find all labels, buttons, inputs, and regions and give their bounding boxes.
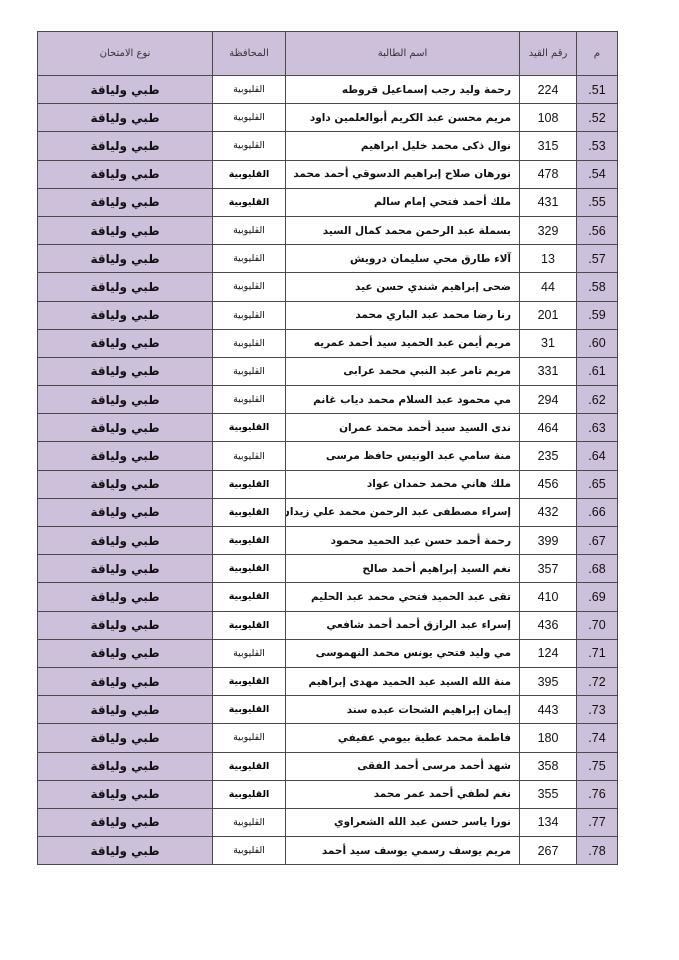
governorate-cell: القليوبية <box>213 808 286 836</box>
table-row: طبي ولياقة القليوبية إسراء مصطفى عبد الر… <box>38 498 618 526</box>
exam-type-cell: طبي ولياقة <box>38 498 213 526</box>
registration-no-cell: 13 <box>520 245 577 273</box>
student-name-cell: شهد أحمد مرسى أحمد الفقى <box>286 752 520 780</box>
exam-type-cell: طبي ولياقة <box>38 414 213 442</box>
governorate-cell: القليوبية <box>213 188 286 216</box>
student-name-cell: بسملة عبد الرحمن محمد كمال السيد <box>286 216 520 244</box>
header-index: م <box>577 32 618 76</box>
table-row: طبي ولياقة القليوبية فاطمة محمد عطية بيو… <box>38 724 618 752</box>
student-name-cell: مريم تامر عبد النبي محمد عرابى <box>286 357 520 385</box>
governorate-cell: القليوبية <box>213 216 286 244</box>
registration-no-cell: 124 <box>520 639 577 667</box>
governorate-cell: القليوبية <box>213 76 286 104</box>
registration-no-cell: 410 <box>520 583 577 611</box>
table-header-row: نوع الامتحان المحافظة اسم الطالبة رقم ال… <box>38 32 618 76</box>
table-row: طبي ولياقة القليوبية نغم لطفي أحمد عمر م… <box>38 780 618 808</box>
governorate-cell: القليوبية <box>213 160 286 188</box>
student-name-cell: منة سامي عبد الونيس حافظ مرسى <box>286 442 520 470</box>
registration-no-cell: 358 <box>520 752 577 780</box>
row-index-cell: .71 <box>577 639 618 667</box>
table-row: طبي ولياقة القليوبية ملك هاني محمد حمدان… <box>38 470 618 498</box>
registration-no-cell: 331 <box>520 357 577 385</box>
governorate-cell: القليوبية <box>213 414 286 442</box>
table-row: طبي ولياقة القليوبية مريم محسن عبد الكري… <box>38 104 618 132</box>
row-index-cell: .72 <box>577 667 618 695</box>
exam-type-cell: طبي ولياقة <box>38 329 213 357</box>
exam-type-cell: طبي ولياقة <box>38 696 213 724</box>
student-name-cell: ملك هاني محمد حمدان عواد <box>286 470 520 498</box>
exam-type-cell: طبي ولياقة <box>38 667 213 695</box>
student-name-cell: مريم محسن عبد الكريم أبوالعلمين داود <box>286 104 520 132</box>
governorate-cell: القليوبية <box>213 357 286 385</box>
registration-no-cell: 108 <box>520 104 577 132</box>
table-row: طبي ولياقة القليوبية رحمة أحمد حسن عبد ا… <box>38 527 618 555</box>
governorate-cell: القليوبية <box>213 442 286 470</box>
student-name-cell: نغم لطفي أحمد عمر محمد <box>286 780 520 808</box>
table-row: طبي ولياقة القليوبية رحمة وليد رجب إسماع… <box>38 76 618 104</box>
row-index-cell: .76 <box>577 780 618 808</box>
table-row: طبي ولياقة القليوبية إيمان إبراهيم الشحا… <box>38 696 618 724</box>
student-name-cell: رحمة وليد رجب إسماعيل قروطه <box>286 76 520 104</box>
student-name-cell: ملك أحمد فتحي إمام سالم <box>286 188 520 216</box>
registration-no-cell: 431 <box>520 188 577 216</box>
header-governorate: المحافظة <box>213 32 286 76</box>
governorate-cell: القليوبية <box>213 837 286 865</box>
student-name-cell: رحمة أحمد حسن عبد الحميد محمود <box>286 527 520 555</box>
header-exam-type: نوع الامتحان <box>38 32 213 76</box>
governorate-cell: القليوبية <box>213 780 286 808</box>
registration-no-cell: 315 <box>520 132 577 160</box>
exam-type-cell: طبي ولياقة <box>38 301 213 329</box>
row-index-cell: .53 <box>577 132 618 160</box>
table-row: طبي ولياقة القليوبية مريم تامر عبد النبي… <box>38 357 618 385</box>
student-name-cell: إيمان إبراهيم الشحات عبده سند <box>286 696 520 724</box>
governorate-cell: القليوبية <box>213 301 286 329</box>
governorate-cell: القليوبية <box>213 386 286 414</box>
registration-no-cell: 329 <box>520 216 577 244</box>
row-index-cell: .78 <box>577 837 618 865</box>
row-index-cell: .73 <box>577 696 618 724</box>
exam-type-cell: طبي ولياقة <box>38 470 213 498</box>
student-roster-table: نوع الامتحان المحافظة اسم الطالبة رقم ال… <box>37 31 618 865</box>
table-row: طبي ولياقة القليوبية آلاء طارق محي سليما… <box>38 245 618 273</box>
row-index-cell: .75 <box>577 752 618 780</box>
row-index-cell: .66 <box>577 498 618 526</box>
governorate-cell: القليوبية <box>213 752 286 780</box>
governorate-cell: القليوبية <box>213 104 286 132</box>
registration-no-cell: 294 <box>520 386 577 414</box>
row-index-cell: .55 <box>577 188 618 216</box>
student-name-cell: نوال ذكى محمد خليل ابراهيم <box>286 132 520 160</box>
exam-type-cell: طبي ولياقة <box>38 188 213 216</box>
row-index-cell: .70 <box>577 611 618 639</box>
student-name-cell: مريم يوسف رسمي يوسف سيد أحمد <box>286 837 520 865</box>
row-index-cell: .65 <box>577 470 618 498</box>
student-name-cell: إسراء مصطفى عبد الرحمن محمد علي زيدان <box>286 498 520 526</box>
table-row: طبي ولياقة القليوبية ضحى إبراهيم شندي حس… <box>38 273 618 301</box>
registration-no-cell: 44 <box>520 273 577 301</box>
table-row: طبي ولياقة القليوبية شهد أحمد مرسى أحمد … <box>38 752 618 780</box>
exam-type-cell: طبي ولياقة <box>38 752 213 780</box>
registration-no-cell: 267 <box>520 837 577 865</box>
student-name-cell: آلاء طارق محي سليمان درويش <box>286 245 520 273</box>
exam-type-cell: طبي ولياقة <box>38 611 213 639</box>
student-name-cell: نورا ياسر حسن عبد الله الشعراوي <box>286 808 520 836</box>
table-row: طبي ولياقة القليوبية إسراء عبد الرازق أح… <box>38 611 618 639</box>
governorate-cell: القليوبية <box>213 329 286 357</box>
table-row: طبي ولياقة القليوبية مي وليد فتحي يونس م… <box>38 639 618 667</box>
exam-type-cell: طبي ولياقة <box>38 724 213 752</box>
exam-type-cell: طبي ولياقة <box>38 442 213 470</box>
student-name-cell: مي وليد فتحي يونس محمد النهموسى <box>286 639 520 667</box>
governorate-cell: القليوبية <box>213 696 286 724</box>
table-row: طبي ولياقة القليوبية مريم أيمن عبد الحمي… <box>38 329 618 357</box>
student-name-cell: نورهان صلاح إبراهيم الدسوقي أحمد محمد <box>286 160 520 188</box>
table-row: طبي ولياقة القليوبية ملك أحمد فتحي إمام … <box>38 188 618 216</box>
exam-type-cell: طبي ولياقة <box>38 837 213 865</box>
row-index-cell: .59 <box>577 301 618 329</box>
governorate-cell: القليوبية <box>213 667 286 695</box>
exam-type-cell: طبي ولياقة <box>38 386 213 414</box>
row-index-cell: .60 <box>577 329 618 357</box>
exam-type-cell: طبي ولياقة <box>38 555 213 583</box>
table-row: طبي ولياقة القليوبية نورا ياسر حسن عبد ا… <box>38 808 618 836</box>
exam-type-cell: طبي ولياقة <box>38 808 213 836</box>
table-row: طبي ولياقة القليوبية نوال ذكى محمد خليل … <box>38 132 618 160</box>
exam-type-cell: طبي ولياقة <box>38 245 213 273</box>
student-name-cell: مريم أيمن عبد الحميد سيد أحمد عمريه <box>286 329 520 357</box>
row-index-cell: .56 <box>577 216 618 244</box>
exam-type-cell: طبي ولياقة <box>38 76 213 104</box>
table-row: طبي ولياقة القليوبية نورهان صلاح إبراهيم… <box>38 160 618 188</box>
registration-no-cell: 180 <box>520 724 577 752</box>
registration-no-cell: 201 <box>520 301 577 329</box>
row-index-cell: .68 <box>577 555 618 583</box>
row-index-cell: .63 <box>577 414 618 442</box>
table-row: طبي ولياقة القليوبية مي محمود عبد السلام… <box>38 386 618 414</box>
registration-no-cell: 464 <box>520 414 577 442</box>
row-index-cell: .64 <box>577 442 618 470</box>
governorate-cell: القليوبية <box>213 583 286 611</box>
row-index-cell: .62 <box>577 386 618 414</box>
student-name-cell: منة الله السيد عبد الحميد مهدى إبراهيم <box>286 667 520 695</box>
registration-no-cell: 31 <box>520 329 577 357</box>
header-registration-no: رقم القيد <box>520 32 577 76</box>
registration-no-cell: 235 <box>520 442 577 470</box>
exam-type-cell: طبي ولياقة <box>38 780 213 808</box>
exam-type-cell: طبي ولياقة <box>38 273 213 301</box>
row-index-cell: .69 <box>577 583 618 611</box>
governorate-cell: القليوبية <box>213 132 286 160</box>
table-row: طبي ولياقة القليوبية منة سامي عبد الونيس… <box>38 442 618 470</box>
student-name-cell: رنا رضا محمد عبد الباري محمد <box>286 301 520 329</box>
governorate-cell: القليوبية <box>213 639 286 667</box>
student-name-cell: فاطمة محمد عطية بيومي عفيفي <box>286 724 520 752</box>
student-name-cell: ضحى إبراهيم شندي حسن عيد <box>286 273 520 301</box>
row-index-cell: .77 <box>577 808 618 836</box>
student-name-cell: تقى عبد الحميد فتحي محمد عبد الحليم <box>286 583 520 611</box>
table-row: طبي ولياقة القليوبية بسملة عبد الرحمن مح… <box>38 216 618 244</box>
governorate-cell: القليوبية <box>213 470 286 498</box>
registration-no-cell: 443 <box>520 696 577 724</box>
exam-type-cell: طبي ولياقة <box>38 104 213 132</box>
table-row: طبي ولياقة القليوبية رنا رضا محمد عبد ال… <box>38 301 618 329</box>
header-student-name: اسم الطالبة <box>286 32 520 76</box>
table-row: طبي ولياقة القليوبية مريم يوسف رسمي يوسف… <box>38 837 618 865</box>
table-row: طبي ولياقة القليوبية نغم السيد إبراهيم أ… <box>38 555 618 583</box>
row-index-cell: .57 <box>577 245 618 273</box>
governorate-cell: القليوبية <box>213 555 286 583</box>
exam-type-cell: طبي ولياقة <box>38 357 213 385</box>
table-row: طبي ولياقة القليوبية ندى السيد سيد أحمد … <box>38 414 618 442</box>
row-index-cell: .67 <box>577 527 618 555</box>
student-name-cell: مي محمود عبد السلام محمد دياب غانم <box>286 386 520 414</box>
exam-type-cell: طبي ولياقة <box>38 583 213 611</box>
row-index-cell: .61 <box>577 357 618 385</box>
registration-no-cell: 399 <box>520 527 577 555</box>
governorate-cell: القليوبية <box>213 498 286 526</box>
registration-no-cell: 224 <box>520 76 577 104</box>
row-index-cell: .54 <box>577 160 618 188</box>
registration-no-cell: 395 <box>520 667 577 695</box>
registration-no-cell: 436 <box>520 611 577 639</box>
row-index-cell: .74 <box>577 724 618 752</box>
row-index-cell: .58 <box>577 273 618 301</box>
registration-no-cell: 357 <box>520 555 577 583</box>
exam-type-cell: طبي ولياقة <box>38 160 213 188</box>
row-index-cell: .51 <box>577 76 618 104</box>
student-name-cell: إسراء عبد الرازق أحمد أحمد شافعي <box>286 611 520 639</box>
exam-type-cell: طبي ولياقة <box>38 132 213 160</box>
registration-no-cell: 134 <box>520 808 577 836</box>
governorate-cell: القليوبية <box>213 245 286 273</box>
student-name-cell: ندى السيد سيد أحمد محمد عمران <box>286 414 520 442</box>
table-body: طبي ولياقة القليوبية رحمة وليد رجب إسماع… <box>38 76 618 865</box>
governorate-cell: القليوبية <box>213 611 286 639</box>
governorate-cell: القليوبية <box>213 527 286 555</box>
exam-type-cell: طبي ولياقة <box>38 639 213 667</box>
registration-no-cell: 478 <box>520 160 577 188</box>
registration-no-cell: 432 <box>520 498 577 526</box>
exam-type-cell: طبي ولياقة <box>38 216 213 244</box>
student-name-cell: نغم السيد إبراهيم أحمد صالح <box>286 555 520 583</box>
table-row: طبي ولياقة القليوبية تقى عبد الحميد فتحي… <box>38 583 618 611</box>
registration-no-cell: 355 <box>520 780 577 808</box>
governorate-cell: القليوبية <box>213 273 286 301</box>
exam-type-cell: طبي ولياقة <box>38 527 213 555</box>
registration-no-cell: 456 <box>520 470 577 498</box>
table-row: طبي ولياقة القليوبية منة الله السيد عبد … <box>38 667 618 695</box>
student-roster-sheet: نوع الامتحان المحافظة اسم الطالبة رقم ال… <box>37 31 617 865</box>
row-index-cell: .52 <box>577 104 618 132</box>
governorate-cell: القليوبية <box>213 724 286 752</box>
